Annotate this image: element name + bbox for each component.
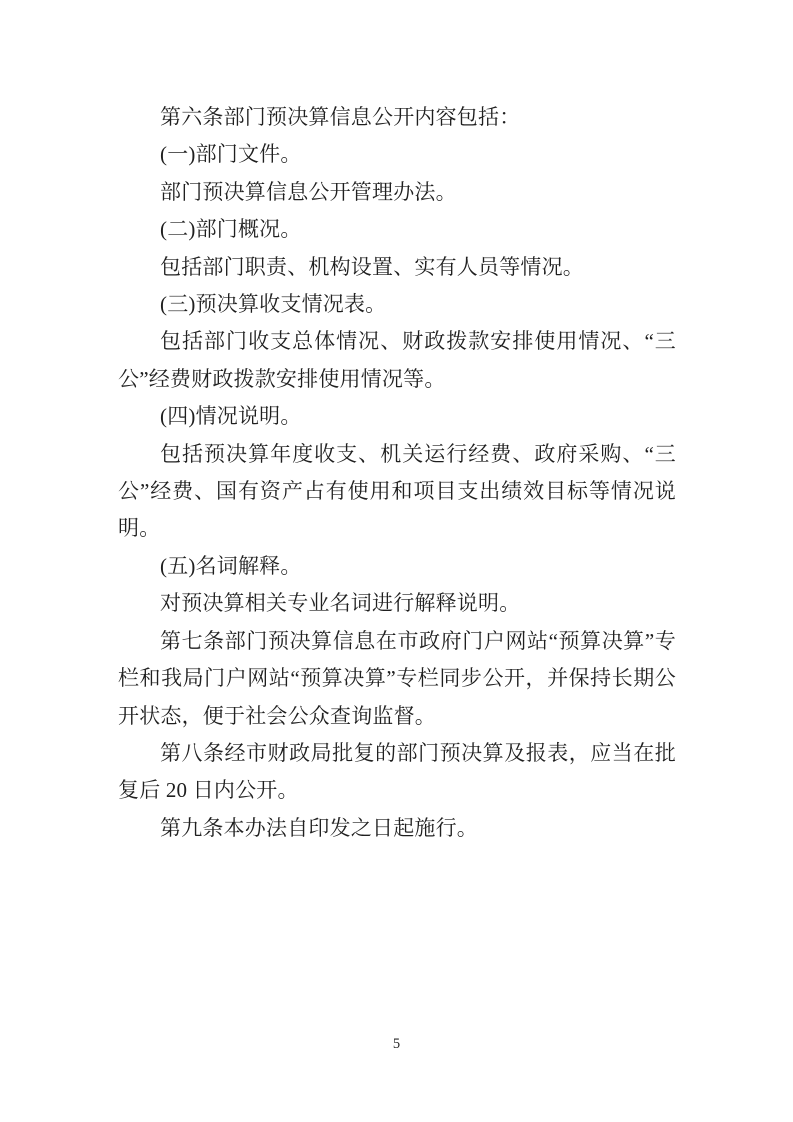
document-body: 第六条部门预决算信息公开内容包括： (一)部门文件。 部门预决算信息公开管理办法…: [118, 99, 676, 847]
paragraph-item-1: (一)部门文件。: [118, 136, 676, 173]
paragraph-article-7: 第七条部门预决算信息在市政府门户网站“预算决算”专栏和我局门户网站“预算决算”专…: [118, 623, 676, 735]
document-page: 第六条部门预决算信息公开内容包括： (一)部门文件。 部门预决算信息公开管理办法…: [0, 0, 793, 1122]
paragraph-item-4-detail: 包括预决算年度收支、机关运行经费、政府采购、“三公”经费、国有资产占有使用和项目…: [118, 436, 676, 548]
paragraph-item-4: (四)情况说明。: [118, 398, 676, 435]
paragraph-item-1-detail: 部门预决算信息公开管理办法。: [118, 174, 676, 211]
paragraph-article-8: 第八条经市财政局批复的部门预决算及报表，应当在批复后 20 日内公开。: [118, 735, 676, 810]
paragraph-item-5: (五)名词解释。: [118, 548, 676, 585]
paragraph-item-5-detail: 对预决算相关专业名词进行解释说明。: [118, 585, 676, 622]
paragraph-item-3-detail: 包括部门收支总体情况、财政拨款安排使用情况、“三公”经费财政拨款安排使用情况等。: [118, 323, 676, 398]
paragraph-article-6-intro: 第六条部门预决算信息公开内容包括：: [118, 99, 676, 136]
paragraph-article-9: 第九条本办法自印发之日起施行。: [118, 810, 676, 847]
paragraph-item-2: (二)部门概况。: [118, 211, 676, 248]
page-number: 5: [0, 1036, 793, 1053]
paragraph-item-3: (三)预决算收支情况表。: [118, 286, 676, 323]
paragraph-item-2-detail: 包括部门职责、机构设置、实有人员等情况。: [118, 249, 676, 286]
